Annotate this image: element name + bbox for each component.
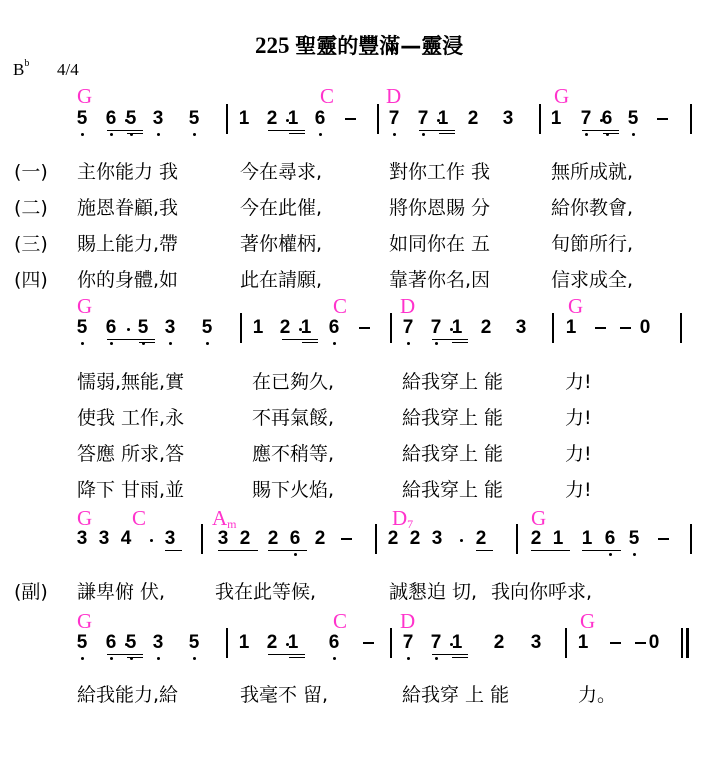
note-digit: 7 [430,633,442,652]
lyric-phrase: 如同你在 五 [389,235,490,254]
low-octave-dot [110,133,113,136]
lyric-phrase: 力! [565,445,592,464]
note-digit: 5 [76,109,88,128]
lyric-phrase: 給我穿上 能 [402,373,503,392]
low-octave-dot [110,342,113,345]
note-digit: 0 [648,633,660,652]
lyric-phrase: 對你工作 我 [389,163,490,182]
barline [690,104,692,134]
note-digit: 1 [581,529,593,548]
chord-symbol: Am [212,508,237,530]
beam-underline [289,133,305,134]
page-title: 225 聖靈的豐滿—靈浸 [255,30,463,60]
sustain-dash [363,642,374,644]
chord-symbol: G [77,611,92,632]
note-digit: 1 [252,318,264,337]
chord-symbol: D7 [392,508,413,530]
note-digit: 2 [314,529,326,548]
hymn-number: 225 [255,33,290,58]
lyric-phrase: 力! [565,373,592,392]
note-digit: 3 [502,109,514,128]
verse-number: (四) [14,271,48,290]
low-octave-dot [157,657,160,660]
chord-symbol: C [320,86,334,107]
note-digit: 3 [217,529,229,548]
beam-underline [452,657,468,658]
beam-underline [531,550,570,551]
beam-underline [289,657,305,658]
beam-underline [432,339,468,340]
beam-underline [432,654,468,655]
lyric-phrase: 給我能力,給 [77,686,178,705]
sustain-dash [610,642,621,644]
barline [681,628,683,658]
low-octave-dot [585,133,588,136]
note-digit: 5 [627,109,639,128]
dotted-note-dot [286,643,289,646]
chord-symbol: C [333,296,347,317]
note-digit: 1 [287,633,299,652]
chord-symbol: G [568,296,583,317]
note-digit: 2 [387,529,399,548]
chord-symbol: C [132,508,146,529]
lyric-phrase: 我向你呼求, [491,583,592,602]
note-digit: 4 [120,529,132,548]
beam-underline [218,550,258,551]
note-digit: 7 [580,109,592,128]
note-digit: 1 [565,318,577,337]
lyric-phrase: 答應 所求,答 [77,445,184,464]
note-digit: 2 [480,318,492,337]
beam-underline [582,550,621,551]
chord-symbol: G [554,86,569,107]
note-digit: 6 [105,318,117,337]
barline [375,524,377,554]
note-digit: 5 [201,318,213,337]
lyric-phrase: 旬節所行, [551,235,633,254]
key-signature: Bb [13,60,29,80]
note-digit: 6 [328,633,340,652]
beam-underline [582,130,619,131]
beam-underline [282,339,318,340]
lyric-phrase: 應不稍等, [252,445,334,464]
note-digit: 3 [431,529,443,548]
low-octave-dot [206,342,209,345]
beam-underline [268,654,305,655]
lyric-phrase: 不再氣餒, [252,409,334,428]
note-digit: 5 [76,633,88,652]
lyric-phrase: 給我穿上 能 [402,409,503,428]
low-octave-dot [407,342,410,345]
dotted-note-dot [125,643,128,646]
note-digit: 7 [417,109,429,128]
verse-number: (一) [14,163,48,182]
dotted-note-dot [450,643,453,646]
lyric-phrase: 給我穿上 能 [402,481,503,500]
sustain-dash [657,118,668,120]
note-digit: 1 [238,633,250,652]
lyric-phrase: 著你權柄, [240,235,322,254]
beam-underline [452,342,468,343]
note-digit: 1 [451,318,463,337]
note-digit: 6 [289,529,301,548]
sustain-dash [345,118,356,120]
low-octave-dot [81,133,84,136]
low-octave-dot [81,657,84,660]
lyric-phrase: 力。 [578,686,616,705]
lyric-phrase: 我毫不 留, [240,686,328,705]
dotted-note-dot [150,539,153,542]
lyric-phrase: 給我穿上 能 [402,445,503,464]
note-digit: 5 [76,318,88,337]
chord-symbol: G [77,296,92,317]
dotted-note-dot [286,119,289,122]
chord-symbol: G [77,86,92,107]
chord-symbol: D [386,86,401,107]
lyric-phrase: 主你能力 我 [77,163,178,182]
note-digit: 1 [552,529,564,548]
beam-underline [107,654,143,655]
beam-underline [476,550,493,551]
lyric-phrase: 謙卑俯 伏, [77,583,165,602]
note-digit: 3 [152,109,164,128]
beam-underline [107,339,155,340]
barline [680,313,682,343]
sustain-dash [620,327,631,329]
verse-number: (三) [14,235,48,254]
sustain-dash [635,642,646,644]
barline [240,313,242,343]
note-digit: 5 [628,529,640,548]
note-digit: 3 [164,318,176,337]
lyric-phrase: 靠著你名,因 [389,271,490,290]
beam-underline [107,130,143,131]
note-digit: 1 [287,109,299,128]
chord-symbol: D [400,611,415,632]
barline [565,628,567,658]
lyric-phrase: 今在此催, [240,199,322,218]
sustain-dash [595,327,606,329]
note-digit: 7 [402,633,414,652]
note-digit: 6 [604,529,616,548]
lyric-phrase: 信求成全, [551,271,633,290]
verse-number: (副) [14,583,48,602]
beam-underline [302,342,318,343]
lyric-phrase: 賜上能力,帶 [77,235,178,254]
note-digit: 3 [515,318,527,337]
note-digit: 3 [152,633,164,652]
beam-underline [127,657,143,658]
note-digit: 2 [409,529,421,548]
note-digit: 2 [467,109,479,128]
barline [516,524,518,554]
note-digit: 6 [105,633,117,652]
low-octave-dot [169,342,172,345]
lyric-phrase: 今在尋求, [240,163,322,182]
note-digit: 2 [266,633,278,652]
note-digit: 2 [530,529,542,548]
lyric-phrase: 降下 甘雨,並 [77,481,184,500]
note-digit: 6 [314,109,326,128]
note-digit: 2 [279,318,291,337]
note-digit: 7 [402,318,414,337]
sustain-dash [359,327,370,329]
lyric-phrase: 力! [565,409,592,428]
low-octave-dot [393,133,396,136]
chord-symbol: D [400,296,415,317]
low-octave-dot [319,133,322,136]
lyric-phrase: 施恩眷顧,我 [77,199,178,218]
lyric-phrase: 無所成就, [551,163,633,182]
lyric-phrase: 給我穿 上 能 [402,686,509,705]
low-octave-dot [333,342,336,345]
low-octave-dot [193,133,196,136]
lyric-phrase: 我在此等候, [215,583,316,602]
lyric-phrase: 將你恩賜 分 [389,199,490,218]
verse-number: (二) [14,199,48,218]
beam-underline [127,133,143,134]
hymn-title: 聖靈的豐滿—靈浸 [295,34,463,58]
barline [226,628,228,658]
final-barline [686,628,689,658]
low-octave-dot [435,657,438,660]
note-digit: 3 [98,529,110,548]
low-octave-dot [435,342,438,345]
low-octave-dot [333,657,336,660]
lyric-phrase: 懦弱,無能,實 [77,373,184,392]
beam-underline [139,342,155,343]
low-octave-dot [633,553,636,556]
note-digit: 3 [76,529,88,548]
barline [539,104,541,134]
barline [390,628,392,658]
beam-underline [439,133,455,134]
note-digit: 6 [105,109,117,128]
dotted-note-dot [450,328,453,331]
lyric-phrase: 你的身體,如 [77,271,178,290]
low-octave-dot [407,657,410,660]
lyric-phrase: 給你教會, [551,199,633,218]
note-digit: 1 [238,109,250,128]
note-digit: 1 [300,318,312,337]
beam-underline [268,550,307,551]
note-digit: 2 [266,109,278,128]
chord-symbol: C [333,611,347,632]
note-digit: 2 [239,529,251,548]
barline [690,524,692,554]
note-digit: 5 [188,633,200,652]
chord-symbol: G [531,508,546,529]
dotted-note-dot [299,328,302,331]
note-digit: 1 [550,109,562,128]
barline [226,104,228,134]
note-digit: 5 [188,109,200,128]
dotted-note-dot [125,119,128,122]
lyric-phrase: 賜下火焰, [252,481,334,500]
barline [377,104,379,134]
note-digit: 7 [388,109,400,128]
note-digit: 6 [328,318,340,337]
beam-underline [603,133,619,134]
beam-underline [419,130,455,131]
sustain-dash [341,538,352,540]
lyric-phrase: 在已夠久, [252,373,334,392]
low-octave-dot [193,657,196,660]
lyric-phrase: 力! [565,481,592,500]
note-digit: 1 [577,633,589,652]
low-octave-dot [157,133,160,136]
barline [390,313,392,343]
note-digit: 3 [164,529,176,548]
note-digit: 5 [137,318,149,337]
lyric-phrase: 誠懇迫 切, [389,583,477,602]
sustain-dash [658,538,669,540]
dotted-note-dot [127,328,130,331]
lyric-phrase: 使我 工作,永 [77,409,184,428]
low-octave-dot [294,553,297,556]
low-octave-dot [609,553,612,556]
lyric-phrase: 此在請願, [240,271,322,290]
note-digit: 7 [430,318,442,337]
note-digit: 6 [601,109,613,128]
chord-symbol: G [77,508,92,529]
note-digit: 3 [530,633,542,652]
beam-underline [268,130,305,131]
dotted-note-dot [437,119,440,122]
note-digit: 1 [451,633,463,652]
low-octave-dot [422,133,425,136]
low-octave-dot [632,133,635,136]
note-digit: 2 [493,633,505,652]
barline [201,524,203,554]
note-digit: 2 [475,529,487,548]
time-signature: 4/4 [57,60,79,80]
beam-underline [165,550,182,551]
dotted-note-dot [460,539,463,542]
note-digit: 0 [639,318,651,337]
low-octave-dot [81,342,84,345]
chord-symbol: G [580,611,595,632]
dotted-note-dot [600,119,603,122]
note-digit: 2 [267,529,279,548]
low-octave-dot [110,657,113,660]
barline [552,313,554,343]
